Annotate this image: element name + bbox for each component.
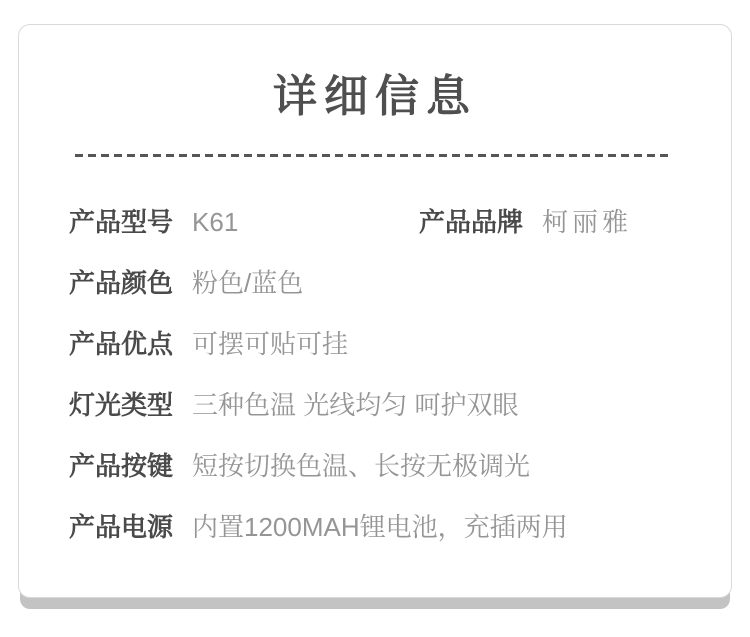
spec-label: 产品优点 [69,326,173,362]
spec-value: 柯丽雅 [542,204,632,240]
spec-pair-color: 产品颜色 粉色/蓝色 [69,265,303,301]
spec-pair-brand: 产品品牌 柯丽雅 [419,204,632,240]
spec-pair-light-type: 灯光类型 三种色温 光线均匀 呵护双眼 [69,387,518,423]
spec-row: 产品颜色 粉色/蓝色 [69,265,711,301]
section-title: 详细信息 [19,71,731,124]
spec-value: 可摆可贴可挂 [192,326,348,362]
spec-list: 产品型号 K61 产品品牌 柯丽雅 产品颜色 粉色/蓝色 产品优点 可摆可贴可挂… [69,204,711,545]
spec-pair-advantage: 产品优点 可摆可贴可挂 [69,326,348,362]
spec-row: 产品电源 内置1200MAH锂电池，充插两用 [69,509,711,545]
spec-row: 产品按键 短按切换色温、长按无极调光 [69,448,711,484]
spec-value: 三种色温 光线均匀 呵护双眼 [192,387,518,423]
spec-row: 灯光类型 三种色温 光线均匀 呵护双眼 [69,387,711,423]
dashed-divider [75,154,670,157]
spec-label: 产品颜色 [69,265,173,301]
spec-pair-power: 产品电源 内置1200MAH锂电池，充插两用 [69,509,568,545]
spec-value: 短按切换色温、长按无极调光 [192,448,530,484]
spec-value: 粉色/蓝色 [192,265,303,301]
spec-pair-button: 产品按键 短按切换色温、长按无极调光 [69,448,530,484]
spec-row: 产品型号 K61 产品品牌 柯丽雅 [69,204,711,240]
spec-row: 产品优点 可摆可贴可挂 [69,326,711,362]
product-detail-card: 详细信息 产品型号 K61 产品品牌 柯丽雅 产品颜色 粉色/蓝色 产品优点 可… [18,24,732,598]
spec-label: 产品型号 [69,204,173,240]
spec-label: 产品按键 [69,448,173,484]
spec-value: 内置1200MAH锂电池，充插两用 [192,509,568,545]
spec-label: 灯光类型 [69,387,173,423]
spec-value: K61 [192,204,238,240]
spec-pair-model: 产品型号 K61 [69,204,419,240]
spec-label: 产品品牌 [419,204,523,240]
spec-label: 产品电源 [69,509,173,545]
